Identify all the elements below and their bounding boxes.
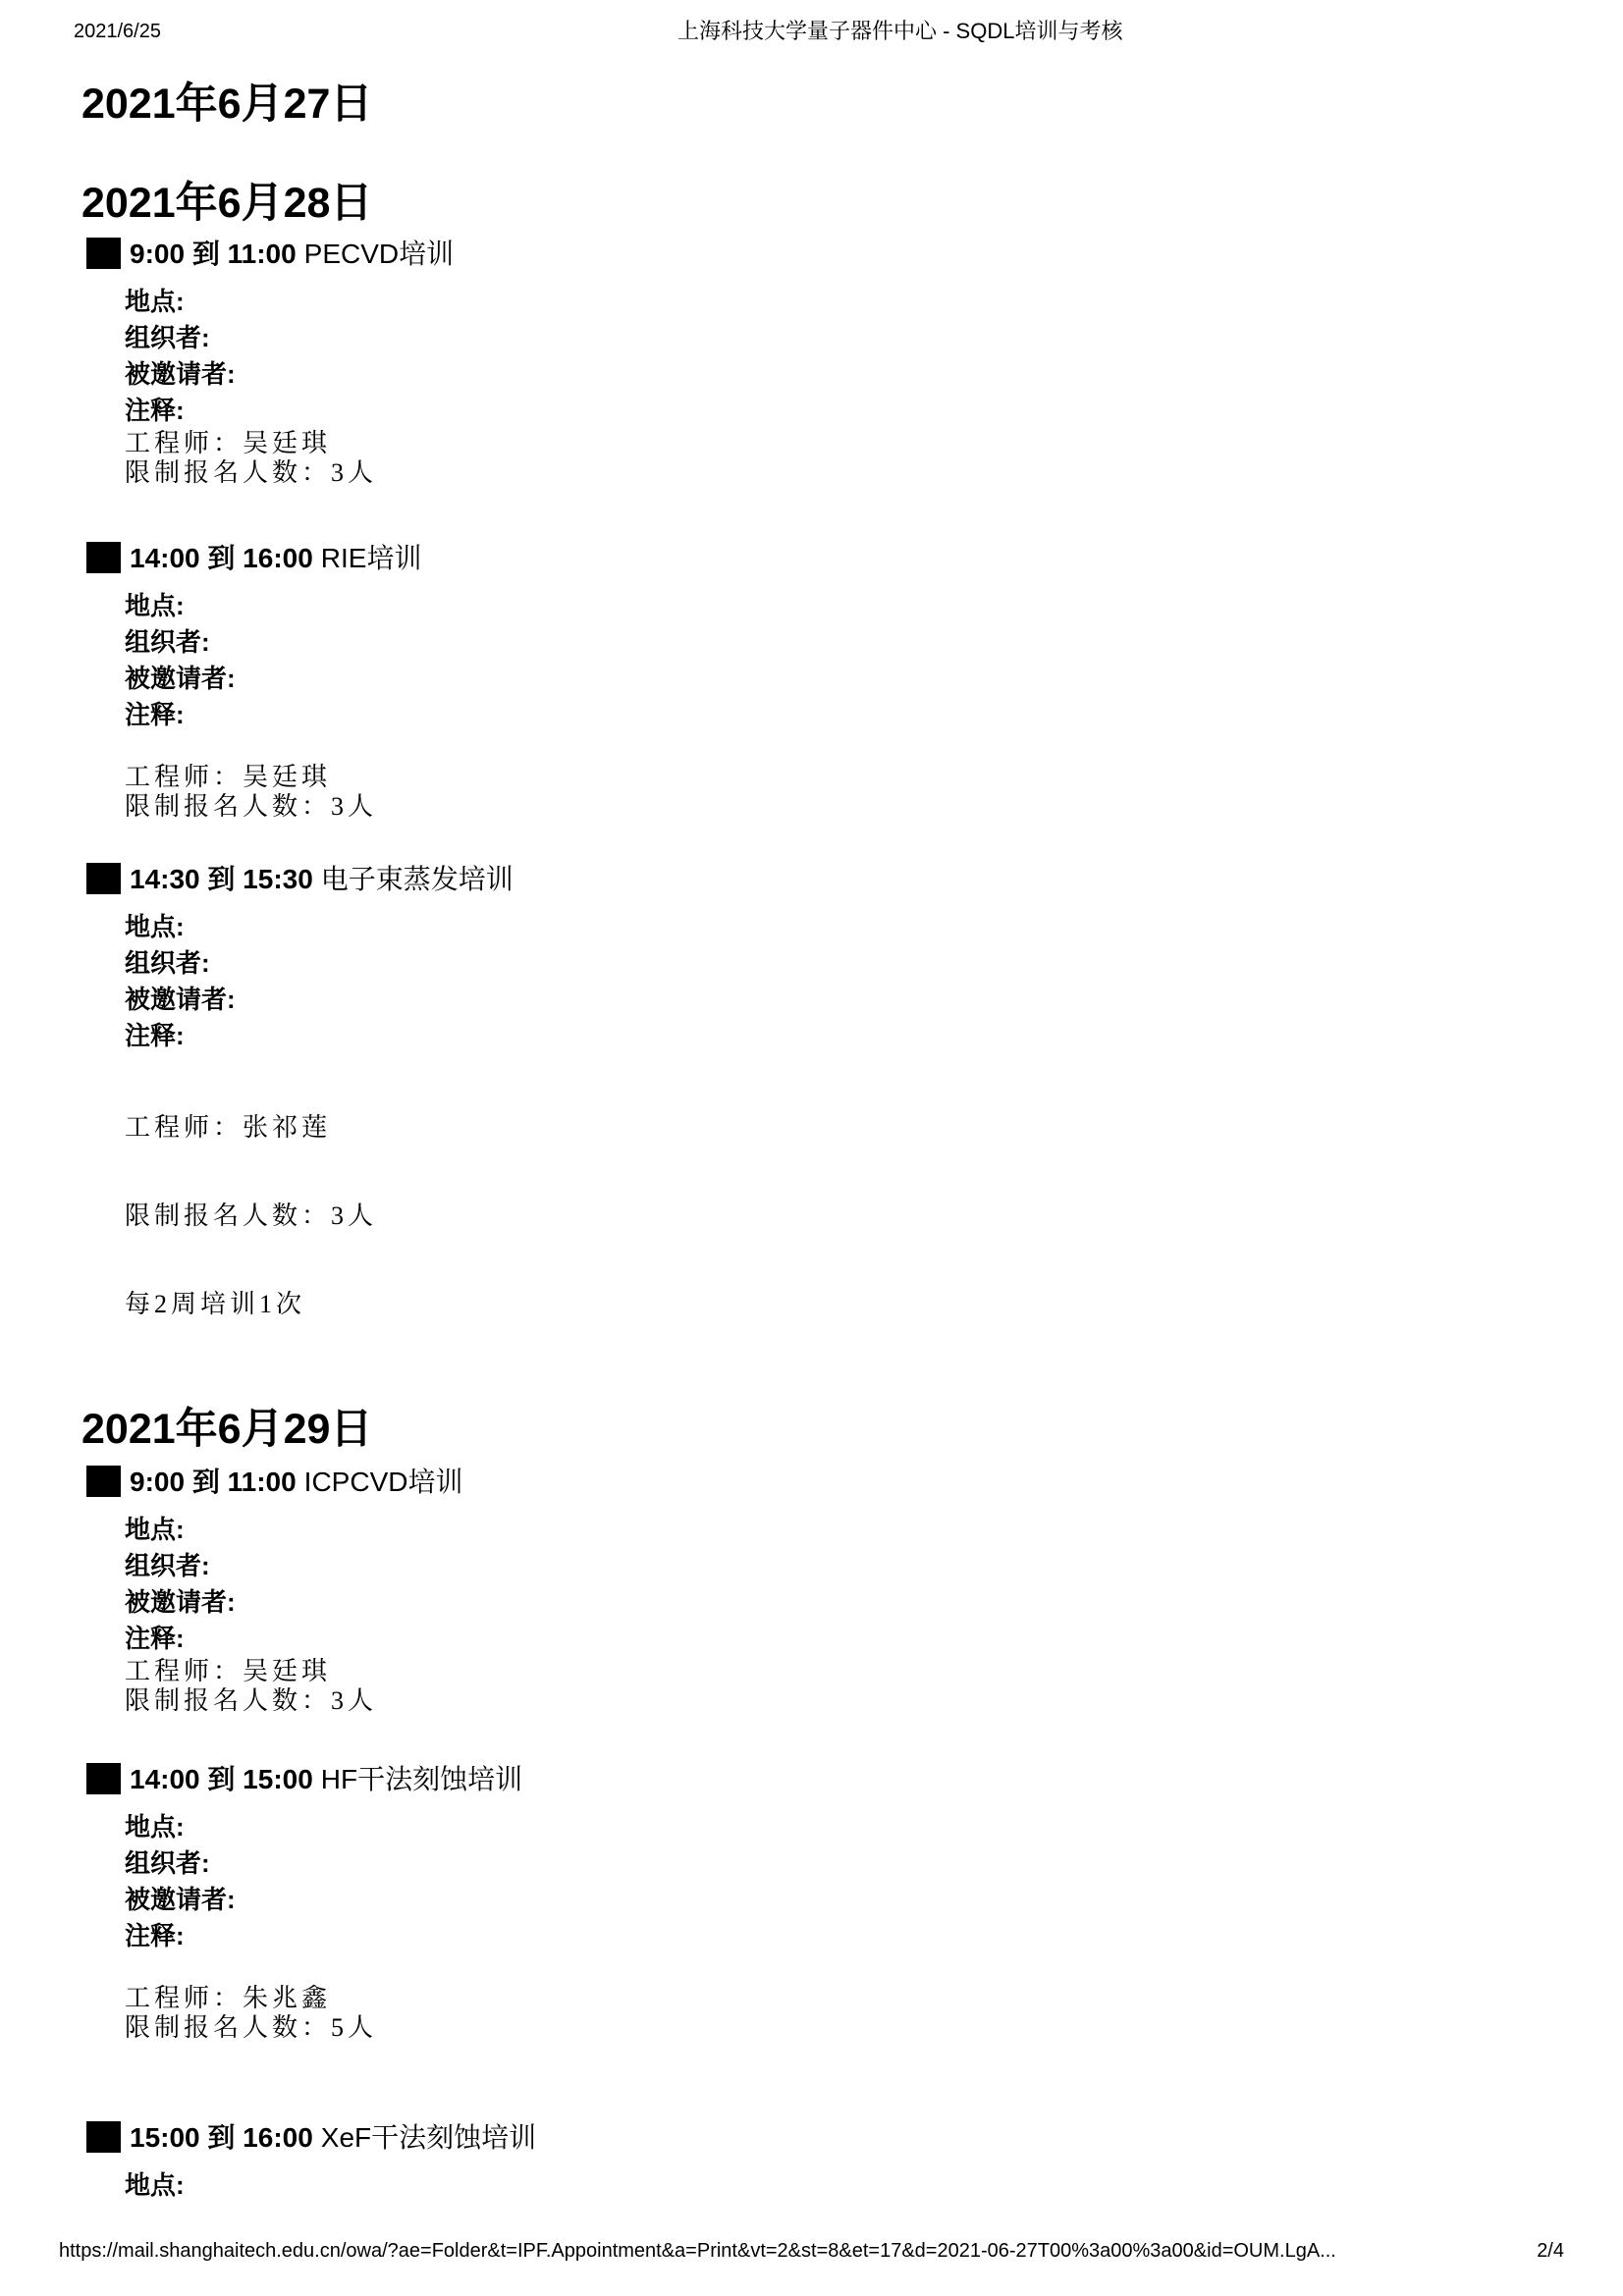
event-fields: 地点: bbox=[125, 2167, 1566, 2204]
field-organizer-label: 组织者: bbox=[125, 945, 1566, 982]
field-location-label: 地点: bbox=[125, 909, 1566, 945]
field-invitees-label: 被邀请者: bbox=[125, 356, 1566, 393]
field-location-label: 地点: bbox=[125, 1512, 1566, 1548]
field-invitees-label: 被邀请者: bbox=[125, 1584, 1566, 1621]
field-notes-label: 注释: bbox=[125, 1918, 1566, 1954]
note-line bbox=[125, 1084, 1566, 1113]
event-title: XeF干法刻蚀培训 bbox=[321, 2121, 536, 2154]
date-heading-june-28: 2021年6月28日 bbox=[81, 183, 1566, 225]
field-organizer-label: 组织者: bbox=[125, 1845, 1566, 1882]
date-heading-june-27: 2021年6月27日 bbox=[81, 83, 1566, 126]
event-fields: 地点: 组织者: 被邀请者: 注释: bbox=[125, 909, 1566, 1054]
event-notes: 工程师：吴廷琪 限制报名人数：3人 bbox=[125, 429, 1566, 488]
event-time: 14:00 到 15:00 bbox=[130, 1763, 313, 1795]
note-line: 限制报名人数：3人 bbox=[125, 458, 1566, 488]
event-fields: 地点: 组织者: 被邀请者: 注释: bbox=[125, 588, 1566, 733]
event-fields: 地点: 组织者: 被邀请者: 注释: bbox=[125, 284, 1566, 429]
field-organizer-label: 组织者: bbox=[125, 624, 1566, 661]
event-title-row: 9:00 到 11:00 PECVD培训 bbox=[81, 238, 1566, 270]
field-location-label: 地点: bbox=[125, 588, 1566, 624]
note-line: 限制报名人数：3人 bbox=[125, 1201, 1566, 1231]
event-time: 14:30 到 15:30 bbox=[130, 863, 313, 895]
event-ebeam-evaporation-training: 14:30 到 15:30 电子束蒸发培训 地点: 组织者: 被邀请者: 注释:… bbox=[81, 863, 1566, 1319]
note-line: 工程师：吴廷琪 bbox=[125, 763, 1566, 792]
event-notes: 工程师：张祁莲 限制报名人数：3人 每2周培训1次 bbox=[125, 1054, 1566, 1319]
field-notes-label: 注释: bbox=[125, 697, 1566, 733]
event-title: PECVD培训 bbox=[304, 238, 454, 270]
event-time: 14:00 到 16:00 bbox=[130, 542, 313, 574]
event-marker-icon bbox=[86, 238, 121, 269]
event-fields: 地点: 组织者: 被邀请者: 注释: bbox=[125, 1512, 1566, 1657]
note-line: 工程师：吴廷琪 bbox=[125, 1657, 1566, 1686]
note-line: 工程师：朱兆鑫 bbox=[125, 1984, 1566, 2013]
note-line: 工程师：张祁莲 bbox=[125, 1113, 1566, 1143]
print-footer: https://mail.shanghaitech.edu.cn/owa/?ae… bbox=[59, 2239, 1564, 2263]
date-heading-june-29: 2021年6月29日 bbox=[81, 1409, 1566, 1451]
appointment-list: 2021年6月27日 2021年6月28日 9:00 到 11:00 PECVD… bbox=[81, 0, 1566, 2204]
event-title: RIE培训 bbox=[321, 542, 422, 574]
field-invitees-label: 被邀请者: bbox=[125, 982, 1566, 1018]
event-icpcvd-training: 9:00 到 11:00 ICPCVD培训 地点: 组织者: 被邀请者: 注释:… bbox=[81, 1466, 1566, 1716]
note-line bbox=[125, 1054, 1566, 1084]
note-line bbox=[125, 1143, 1566, 1172]
note-line bbox=[125, 1954, 1566, 1984]
field-location-label: 地点: bbox=[125, 2167, 1566, 2204]
event-hf-dry-etch-training: 14:00 到 15:00 HF干法刻蚀培训 地点: 组织者: 被邀请者: 注释… bbox=[81, 1763, 1566, 2043]
event-time: 15:00 到 16:00 bbox=[130, 2121, 313, 2154]
note-line: 限制报名人数：3人 bbox=[125, 1686, 1566, 1716]
event-title: HF干法刻蚀培训 bbox=[321, 1763, 522, 1795]
field-notes-label: 注释: bbox=[125, 393, 1566, 429]
event-pecvd-training: 9:00 到 11:00 PECVD培训 地点: 组织者: 被邀请者: 注释: … bbox=[81, 238, 1566, 488]
print-page: 2021/6/25 上海科技大学量子器件中心 - SQDL培训与考核 2021年… bbox=[0, 0, 1623, 2296]
event-notes: 工程师：吴廷琪 限制报名人数：3人 bbox=[125, 1657, 1566, 1716]
event-title: 电子束蒸发培训 bbox=[321, 863, 514, 895]
field-location-label: 地点: bbox=[125, 1809, 1566, 1845]
event-time: 9:00 到 11:00 bbox=[130, 238, 297, 270]
field-invitees-label: 被邀请者: bbox=[125, 661, 1566, 697]
note-line: 工程师：吴廷琪 bbox=[125, 429, 1566, 458]
footer-url: https://mail.shanghaitech.edu.cn/owa/?ae… bbox=[59, 2239, 1336, 2263]
note-line: 限制报名人数：5人 bbox=[125, 2013, 1566, 2043]
event-marker-icon bbox=[86, 2121, 121, 2153]
field-organizer-label: 组织者: bbox=[125, 320, 1566, 356]
event-title-row: 14:00 到 15:00 HF干法刻蚀培训 bbox=[81, 1763, 1566, 1795]
event-notes: 工程师：朱兆鑫 限制报名人数：5人 bbox=[125, 1954, 1566, 2043]
event-title-row: 15:00 到 16:00 XeF干法刻蚀培训 bbox=[81, 2121, 1566, 2154]
event-notes: 工程师：吴廷琪 限制报名人数：3人 bbox=[125, 733, 1566, 822]
field-notes-label: 注释: bbox=[125, 1018, 1566, 1054]
event-fields: 地点: 组织者: 被邀请者: 注释: bbox=[125, 1809, 1566, 1954]
event-marker-icon bbox=[86, 1763, 121, 1794]
note-line: 限制报名人数：3人 bbox=[125, 792, 1566, 822]
event-title-row: 14:30 到 15:30 电子束蒸发培训 bbox=[81, 863, 1566, 895]
event-marker-icon bbox=[86, 1466, 121, 1497]
event-rie-training: 14:00 到 16:00 RIE培训 地点: 组织者: 被邀请者: 注释: 工… bbox=[81, 542, 1566, 822]
note-line bbox=[125, 1231, 1566, 1260]
page-number: 2/4 bbox=[1537, 2239, 1564, 2263]
field-organizer-label: 组织者: bbox=[125, 1548, 1566, 1584]
event-title: ICPCVD培训 bbox=[304, 1466, 463, 1498]
event-marker-icon bbox=[86, 542, 121, 573]
event-marker-icon bbox=[86, 863, 121, 894]
event-title-row: 14:00 到 16:00 RIE培训 bbox=[81, 542, 1566, 574]
field-invitees-label: 被邀请者: bbox=[125, 1882, 1566, 1918]
note-line bbox=[125, 733, 1566, 763]
note-line: 每2周培训1次 bbox=[125, 1290, 1566, 1319]
note-line bbox=[125, 1172, 1566, 1201]
note-line bbox=[125, 1260, 1566, 1290]
field-notes-label: 注释: bbox=[125, 1621, 1566, 1657]
field-location-label: 地点: bbox=[125, 284, 1566, 320]
event-time: 9:00 到 11:00 bbox=[130, 1466, 297, 1498]
event-xef-dry-etch-training: 15:00 到 16:00 XeF干法刻蚀培训 地点: bbox=[81, 2121, 1566, 2204]
event-title-row: 9:00 到 11:00 ICPCVD培训 bbox=[81, 1466, 1566, 1498]
